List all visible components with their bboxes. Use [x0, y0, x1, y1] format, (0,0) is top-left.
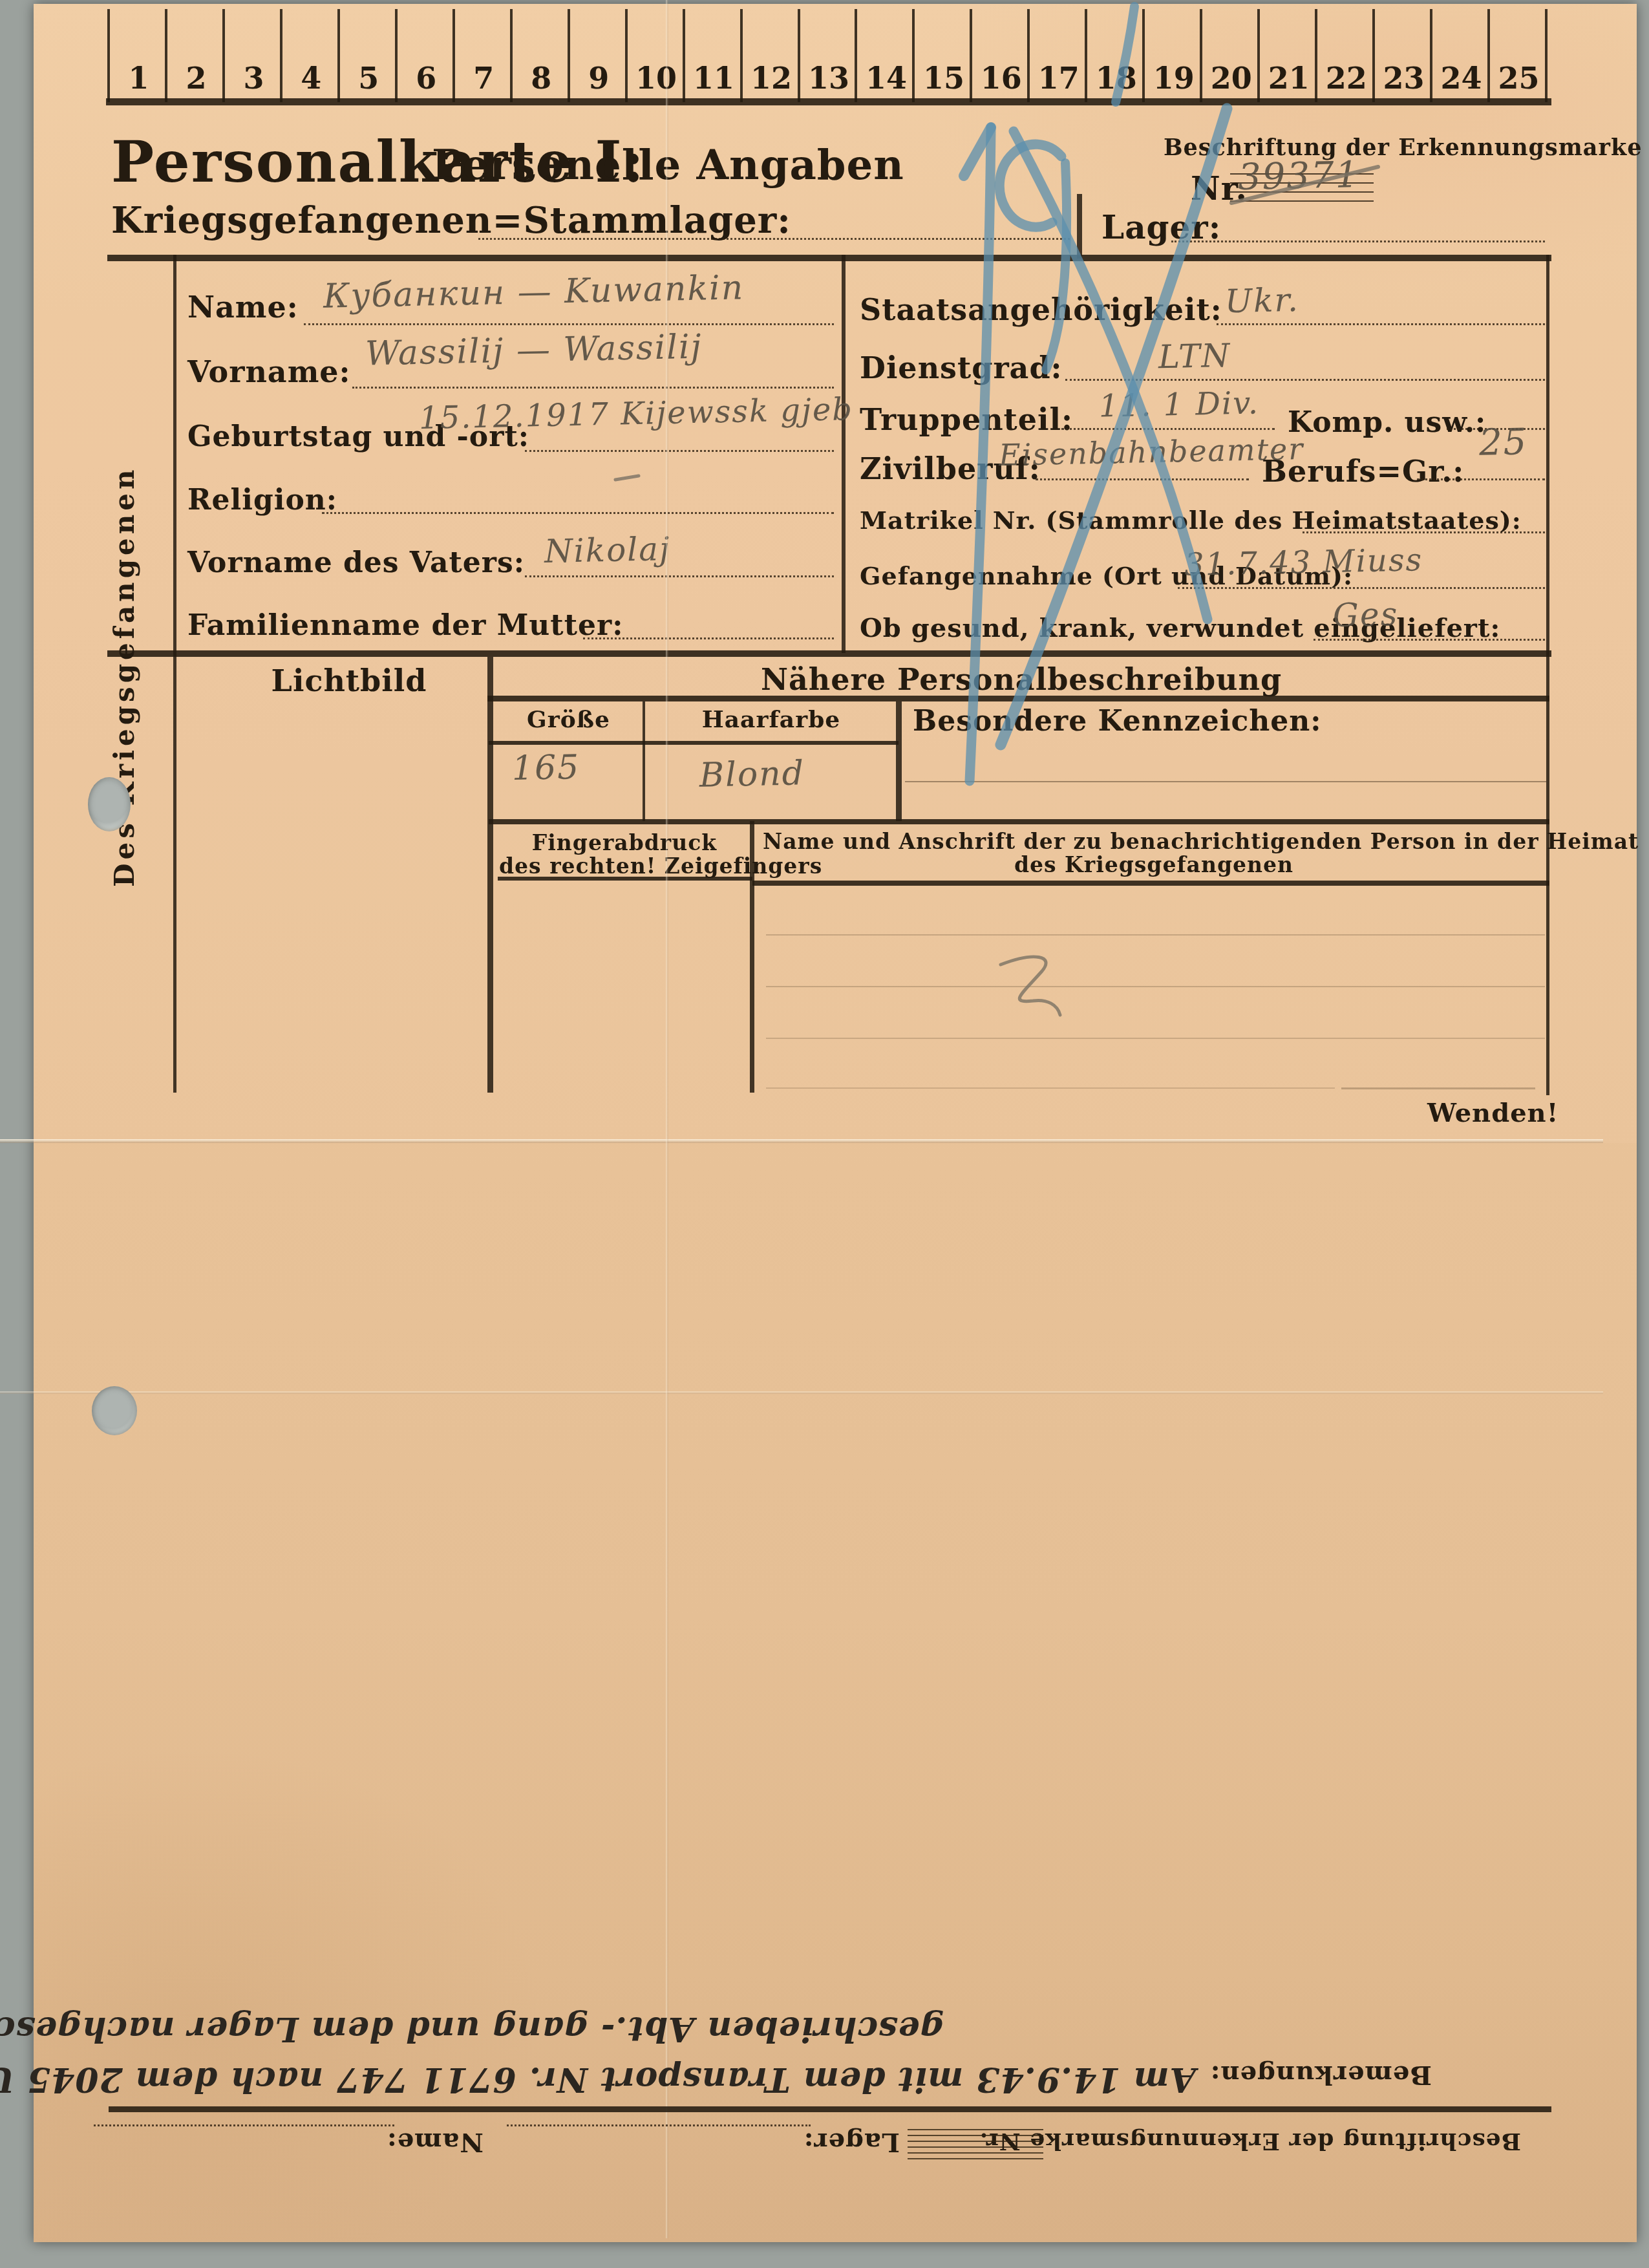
ruler-cell: 24 [1430, 9, 1490, 102]
ruler-number: 13 [800, 61, 858, 96]
ruler-cell: 3 [222, 9, 282, 102]
ruler-cell: 19 [1142, 9, 1202, 102]
ruler-cell: 8 [510, 9, 570, 102]
field-value-zivilberuf: Eisenbahnbeamter [998, 431, 1304, 473]
field-label-matrikel: Matrikel Nr. (Stammrolle des Heimatstaat… [860, 506, 1522, 535]
fingerprint-label-1: Fingerabdruck [499, 830, 750, 855]
ruler-number: 18 [1087, 61, 1145, 96]
field-label-staat: Staatsangehörigkeit: [860, 292, 1222, 327]
notify-line-1 [766, 934, 1545, 936]
field-line-vorname [352, 387, 834, 389]
reversed-tag-rule-2 [908, 2152, 1043, 2154]
ruler-cell: 23 [1372, 9, 1432, 102]
notify-line-3 [766, 1038, 1545, 1039]
ruler-cell: 5 [337, 9, 398, 102]
notify-bottom-rule [752, 881, 1549, 886]
scanned-pow-card: 1234567891011121314151617181920212223242… [0, 0, 1649, 2268]
field-line-berufsgr [1417, 478, 1545, 480]
ruler-cell: 21 [1257, 9, 1317, 102]
ruler-cell: 14 [855, 9, 915, 102]
ruler-number: 15 [915, 61, 972, 96]
ruler-end-line [1545, 9, 1548, 102]
reversed-tag-rule-4 [908, 2141, 1043, 2142]
ruler-cell: 20 [1200, 9, 1260, 102]
ruler-baseline [106, 98, 1551, 105]
groesse-header: Größe [493, 706, 644, 733]
punch-hole-top [88, 777, 131, 831]
fold-crease-1 [0, 1139, 1603, 1143]
ruler-cell: 11 [683, 9, 743, 102]
ruler-cell: 22 [1315, 9, 1375, 102]
beschreibung-header: Nähere Personalbeschreibung [750, 662, 1293, 697]
desc-top-rule [487, 696, 1549, 701]
field-value-vorname: Wassilij — Wassilij [365, 328, 703, 374]
bemerkungen-label: Bemerkungen: [1210, 2060, 1432, 2090]
ruler-cell: 13 [798, 9, 858, 102]
tag-rule-4 [1230, 200, 1374, 202]
ruler-cell: 9 [568, 9, 628, 102]
ruler-cell: 18 [1085, 9, 1145, 102]
field-label-vater: Vorname des Vaters: [187, 546, 525, 579]
ruler-number: 9 [570, 61, 628, 96]
ruler-number: 8 [513, 61, 570, 96]
ruler-cell: 17 [1027, 9, 1087, 102]
field-label-berufsgr: Berufs=Gr.: [1262, 454, 1464, 489]
ruler-number: 20 [1202, 61, 1260, 96]
remark-line-2: geschrieben Abt.- gang und dem Lager nac… [0, 2009, 944, 2049]
haarfarbe-kennzeichen-divider [896, 701, 902, 821]
ruler-cell: 7 [452, 9, 513, 102]
groesse-haarfarbe-divider [643, 701, 645, 821]
field-line-gesund [1314, 639, 1545, 641]
reversed-tag-rule-3 [908, 2146, 1043, 2148]
ruler-number: 1 [110, 61, 167, 96]
haarfarbe-value: Blond [699, 754, 805, 795]
ruler-cell: 16 [970, 9, 1030, 102]
ruler-number: 19 [1145, 61, 1202, 96]
notify-line-4 [766, 1087, 1335, 1089]
field-line-staat [1217, 323, 1545, 325]
ruler-number: 23 [1375, 61, 1432, 96]
field-value-vater: Nikolaj [544, 530, 671, 570]
stammlager-line [478, 238, 1070, 240]
field-label-religion: Religion: [187, 484, 337, 517]
reversed-tag-rule-1 [908, 2158, 1043, 2159]
column-divider [842, 255, 846, 653]
ruler-number: 3 [225, 61, 282, 96]
field-line-dienstgrad [1065, 379, 1545, 381]
card-top-rule [107, 255, 1551, 261]
ruler-number: 12 [743, 61, 800, 96]
field-line-vater [525, 575, 834, 577]
field-line-geburtstag [525, 450, 834, 452]
field-value-truppenteil: 11. 1 Div. [1098, 385, 1259, 424]
ruler-number: 25 [1490, 61, 1548, 96]
fold-crease-vertical [666, 0, 668, 2238]
reversed-tag-rule-5 [908, 2135, 1043, 2136]
lager-line [1171, 241, 1545, 242]
ruler-cell: 6 [395, 9, 455, 102]
ruler-cell: 10 [625, 9, 685, 102]
ruler-cell: 1 [107, 9, 167, 102]
photo-divider [487, 657, 493, 1093]
field-value-staat: Ukr. [1224, 281, 1299, 320]
ruler-cell: 12 [740, 9, 800, 102]
field-label-mutter: Familienname der Mutter: [187, 609, 623, 642]
ruler-number: 14 [857, 61, 915, 96]
reversed-tag-label: Beschriftung der Erkennungsmarke Nr. [979, 2128, 1521, 2155]
field-line-gefangennahme [1178, 587, 1545, 589]
notify-line-2 [766, 986, 1545, 987]
field-line-truppenteil [1061, 428, 1275, 430]
card-left-border [173, 255, 176, 1093]
ruler-number: 24 [1432, 61, 1490, 96]
field-label-truppenteil: Truppenteil: [860, 402, 1073, 437]
notify-header-2: des Kriegsgefangenen [763, 852, 1545, 877]
reversed-lager-line [507, 2124, 811, 2126]
ruler-number: 10 [628, 61, 685, 96]
ruler-number: 17 [1030, 61, 1087, 96]
field-label-dienstgrad: Dienstgrad: [860, 350, 1063, 385]
ruler-number: 22 [1317, 61, 1375, 96]
field-label-name: Name: [187, 290, 299, 325]
field-line-name [304, 323, 834, 325]
kennzeichen-line [905, 781, 1546, 782]
ruler-cell: 2 [165, 9, 225, 102]
ruler-number: 6 [398, 61, 455, 96]
field-line-zivilberuf [1036, 478, 1249, 480]
field-value-gesund: Ges [1332, 595, 1398, 634]
wenden-rule [1341, 1087, 1535, 1089]
reversed-lager-label: Lager: [803, 2127, 900, 2157]
field-label-komp: Komp. usw.: [1288, 406, 1486, 439]
field-value-gefangennahme: 31.7.43 Miuss [1184, 542, 1423, 583]
mid-rule [107, 650, 1551, 657]
fingerprint-bottom-rule [498, 877, 752, 881]
notify-header-1: Name und Anschrift der zu benachrichtige… [763, 829, 1545, 854]
field-line-religion [322, 512, 834, 514]
field-line-mutter [583, 637, 834, 639]
ruler-number: 21 [1260, 61, 1317, 96]
reversed-footer-rule [109, 2106, 1551, 2112]
haarfarbe-header: Haarfarbe [644, 706, 899, 733]
tag-nr-value: 39371 [1237, 154, 1359, 198]
wenden-label: Wenden! [1427, 1098, 1559, 1128]
groesse-underline [489, 741, 899, 745]
ruler-number: 7 [455, 61, 513, 96]
reversed-tag-rule-6 [908, 2129, 1043, 2130]
ruler-number: 2 [167, 61, 225, 96]
punch-hole-bottom [92, 1386, 137, 1435]
fingerprint-label-2: des rechten! Zeigefingers [499, 853, 750, 879]
ruler-number: 5 [340, 61, 398, 96]
groesse-value: 165 [511, 748, 580, 788]
lager-box-divider [1077, 194, 1082, 259]
reversed-name-label: Name: [387, 2127, 484, 2157]
ruler-strip: 1234567891011121314151617181920212223242… [107, 9, 1548, 102]
field-value-dienstgrad: LTN [1158, 337, 1231, 376]
ruler-number: 16 [972, 61, 1030, 96]
ruler-cell: 25 [1487, 9, 1548, 102]
reversed-footer: Beschriftung der Erkennungsmarke Nr. Lag… [78, 1995, 1558, 2208]
card-right-border [1546, 255, 1549, 1095]
ruler-number: 4 [282, 61, 340, 96]
fingerprint-top-rule [489, 819, 1549, 824]
field-line-matrikel [1303, 531, 1545, 533]
ruler-cell: 4 [280, 9, 340, 102]
field-value-berufsgr: 25 [1478, 421, 1528, 464]
fold-crease-2 [0, 1391, 1603, 1394]
stammlager-label: Kriegsgefangenen=Stammlager: [111, 199, 791, 242]
ruler-number: 11 [685, 61, 743, 96]
kennzeichen-header: Besondere Kennzeichen: [913, 705, 1322, 738]
remark-line-1: Am 14.9.43 mit dem Transport Nr. 6711 74… [0, 2060, 1196, 2099]
tag-box-label: Beschriftung der Erkennungsmarke [1164, 134, 1642, 161]
ruler-cell: 15 [912, 9, 972, 102]
field-label-vorname: Vorname: [187, 354, 351, 389]
reversed-name-line [94, 2124, 394, 2126]
lichtbild-header: Lichtbild [213, 663, 485, 698]
